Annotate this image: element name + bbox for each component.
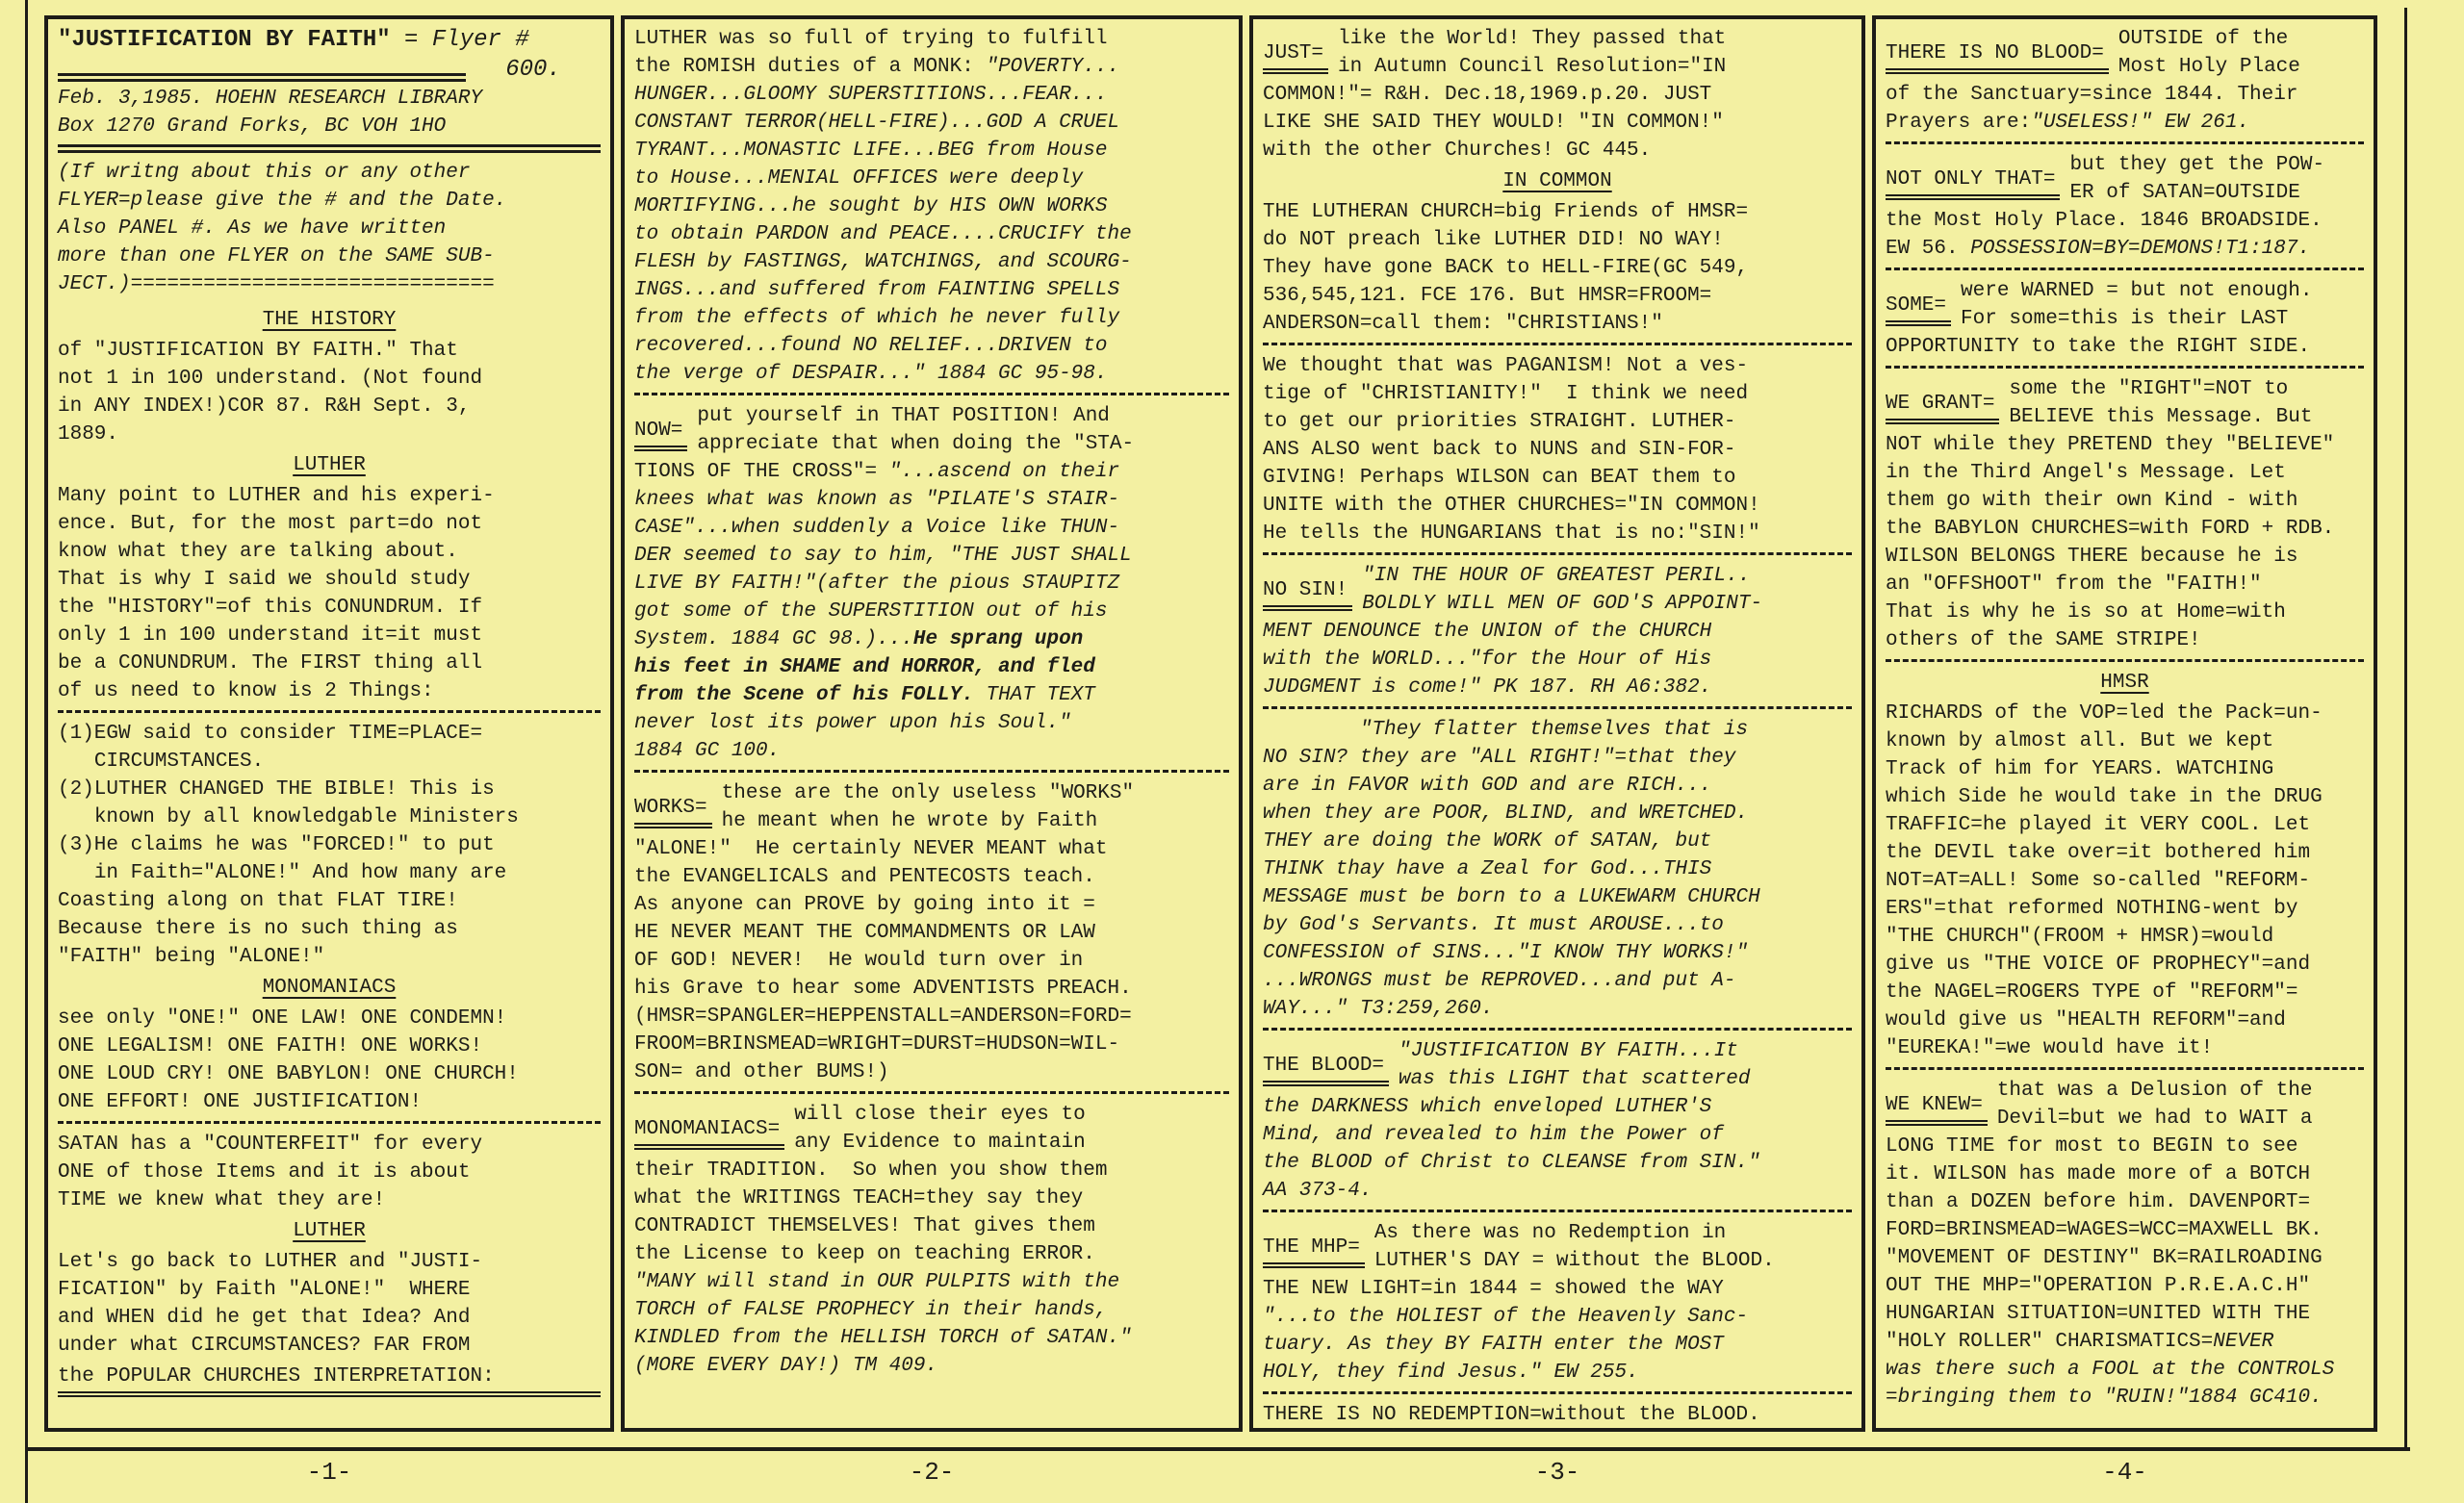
label-we-grant: WE GRANT=	[1886, 375, 1999, 424]
dashed-divider	[58, 710, 601, 713]
masthead-rule	[58, 144, 601, 153]
flyer-title-name: "JUSTIFICATION BY FAITH"	[58, 27, 391, 53]
flyer-number: 600.	[466, 56, 601, 85]
dashed-divider	[58, 1121, 601, 1124]
panel-2: LUTHER was so full of trying to fulfill …	[621, 15, 1243, 1432]
para-monk-duties: LUTHER was so full of trying to fulfill …	[634, 25, 1229, 388]
heading-hmsr: HMSR	[1886, 669, 2364, 697]
page-number-2: -2-	[621, 1459, 1243, 1487]
block-no-blood-ref: "USELESS!" EW 261.	[2031, 112, 2249, 134]
dashed-divider	[634, 393, 1229, 395]
page-number-4: -4-	[1872, 1459, 2377, 1487]
label-not-only-that: NOT ONLY THAT=	[1886, 151, 2060, 200]
heading-the-history: THE HISTORY	[58, 306, 601, 334]
para-history: of "JUSTIFICATION BY FAITH." That not 1 …	[58, 337, 601, 448]
block-the-mhp-quote: "...to the HOLIEST of the Heavenly Sanc-…	[1263, 1306, 1748, 1384]
label-no-blood: THERE IS NO BLOOD=	[1886, 25, 2109, 74]
panel-1: "JUSTIFICATION BY FAITH" = Flyer # 600. …	[44, 15, 614, 1432]
flyer-title-suffix: = Flyer #	[391, 27, 529, 53]
para-richards: RICHARDS of the VOP=led the Pack=un- kno…	[1886, 700, 2364, 1062]
para-go-back: Let's go back to LUTHER and "JUSTI- FICA…	[58, 1248, 601, 1360]
block-monomaniacs: MONOMANIACS=will close their eyes to any…	[634, 1101, 1229, 1380]
scanned-flyer-page: { "page": { "bg_color": "#f3f0a2", "ink_…	[0, 0, 2464, 1503]
heading-luther-2: LUTHER	[58, 1217, 601, 1245]
para-go-back-last-line: the POPULAR CHURCHES INTERPRETATION:	[58, 1363, 601, 1397]
page-number-row: -1- -2- -3- -4-	[44, 1459, 2364, 1487]
para-flatter-themselves: "They flatter themselves that is NO SIN?…	[1263, 716, 1852, 1023]
block-no-sin: NO SIN!"IN THE HOUR OF GREATEST PERIL.. …	[1263, 562, 1852, 701]
dashed-divider	[1886, 267, 2364, 270]
block-works: WORKS=these are the only useless "WORKS"…	[634, 779, 1229, 1086]
dashed-divider	[1263, 1028, 1852, 1031]
label-now: NOW=	[634, 402, 687, 451]
block-now-quote: "...ascend on their knees what was known…	[634, 461, 1132, 650]
dashed-divider	[1263, 1391, 1852, 1394]
date-library-line: Feb. 3,1985. HOEHN RESEARCH LIBRARY	[58, 85, 601, 113]
flyer-title: "JUSTIFICATION BY FAITH" = Flyer #	[58, 25, 601, 56]
block-we-grant: WE GRANT=some the "RIGHT"=NOT to BELIEVE…	[1886, 375, 2364, 654]
flyer-number-row: 600.	[58, 56, 601, 85]
block-we-knew: WE KNEW=that was a Delusion of the Devil…	[1886, 1077, 2364, 1412]
label-no-sin: NO SIN!	[1263, 562, 1352, 611]
para-two-things-list: (1)EGW said to consider TIME=PLACE= CIRC…	[58, 720, 601, 971]
panel-3: JUST=like the World! They passed that in…	[1249, 15, 1865, 1432]
dashed-divider	[1263, 1210, 1852, 1212]
label-the-blood: THE BLOOD=	[1263, 1037, 1389, 1086]
mailing-note: (If writng about this or any other FLYER…	[58, 159, 601, 298]
left-edge-rule	[25, 0, 28, 1503]
title-rule	[58, 73, 466, 82]
heading-luther-1: LUTHER	[58, 451, 601, 479]
heading-monomaniacs: MONOMANIACS	[58, 974, 601, 1002]
dashed-divider	[1886, 366, 2364, 369]
label-monomaniacs: MONOMANIACS=	[634, 1101, 784, 1150]
page-number-3: -3-	[1249, 1459, 1865, 1487]
block-not-only-that: NOT ONLY THAT=but they get the POW- ER o…	[1886, 151, 2364, 263]
block-not-only-that-ref: POSSESSION=BY=DEMONS!T1:187.	[1970, 238, 2310, 260]
block-now: NOW=put yourself in THAT POSITION! And a…	[634, 402, 1229, 765]
para-satan-counterfeit: SATAN has a "COUNTERFEIT" for every ONE …	[58, 1131, 601, 1214]
label-works: WORKS=	[634, 779, 712, 828]
block-the-mhp: THE MHP=As there was no Redemption in LU…	[1263, 1219, 1852, 1387]
label-we-knew: WE KNEW=	[1886, 1077, 1988, 1126]
block-just: JUST=like the World! They passed that in…	[1263, 25, 1852, 165]
dashed-divider	[1886, 141, 2364, 144]
para-monk-quote: "POVERTY... HUNGER...GLOOMY SUPERSTITION…	[634, 56, 1132, 385]
dashed-divider	[634, 1091, 1229, 1094]
para-lutheran-church: THE LUTHERAN CHURCH=big Friends of HMSR=…	[1263, 198, 1852, 338]
para-one-slogans: see only "ONE!" ONE LAW! ONE CONDEMN! ON…	[58, 1005, 601, 1116]
four-column-layout: "JUSTIFICATION BY FAITH" = Flyer # 600. …	[44, 15, 2377, 1432]
block-some: SOME=were WARNED = but not enough. For s…	[1886, 277, 2364, 361]
bottom-rule	[25, 1447, 2410, 1451]
page-number-1: -1-	[44, 1459, 614, 1487]
para-no-redemption: THERE IS NO REDEMPTION=without the BLOOD…	[1263, 1401, 1852, 1432]
dashed-divider	[1263, 706, 1852, 709]
heading-in-common: IN COMMON	[1263, 167, 1852, 195]
block-monomaniacs-quote: "MANY will stand in OUR PULPITS with the…	[634, 1271, 1132, 1377]
para-many-point: Many point to LUTHER and his experi- enc…	[58, 482, 601, 705]
block-just-text: like the World! They passed that in Autu…	[1263, 28, 1726, 162]
label-the-mhp: THE MHP=	[1263, 1219, 1365, 1268]
masthead: "JUSTIFICATION BY FAITH" = Flyer # 600. …	[58, 25, 601, 298]
dashed-divider	[634, 770, 1229, 773]
dashed-divider	[1886, 659, 2364, 662]
dashed-divider	[1263, 552, 1852, 555]
label-some: SOME=	[1886, 277, 1951, 326]
dashed-divider	[1263, 343, 1852, 345]
dashed-divider	[1886, 1067, 2364, 1070]
block-no-blood: THERE IS NO BLOOD=OUTSIDE of the Most Ho…	[1886, 25, 2364, 137]
para-paganism: We thought that was PAGANISM! Not a ves-…	[1263, 352, 1852, 548]
label-just: JUST=	[1263, 25, 1328, 74]
panel-4: THERE IS NO BLOOD=OUTSIDE of the Most Ho…	[1872, 15, 2377, 1432]
block-the-blood: THE BLOOD="JUSTIFICATION BY FAITH...It w…	[1263, 1037, 1852, 1205]
address-line: Box 1270 Grand Forks, BC VOH 1HO	[58, 113, 601, 140]
right-edge-rule	[2404, 8, 2407, 1447]
